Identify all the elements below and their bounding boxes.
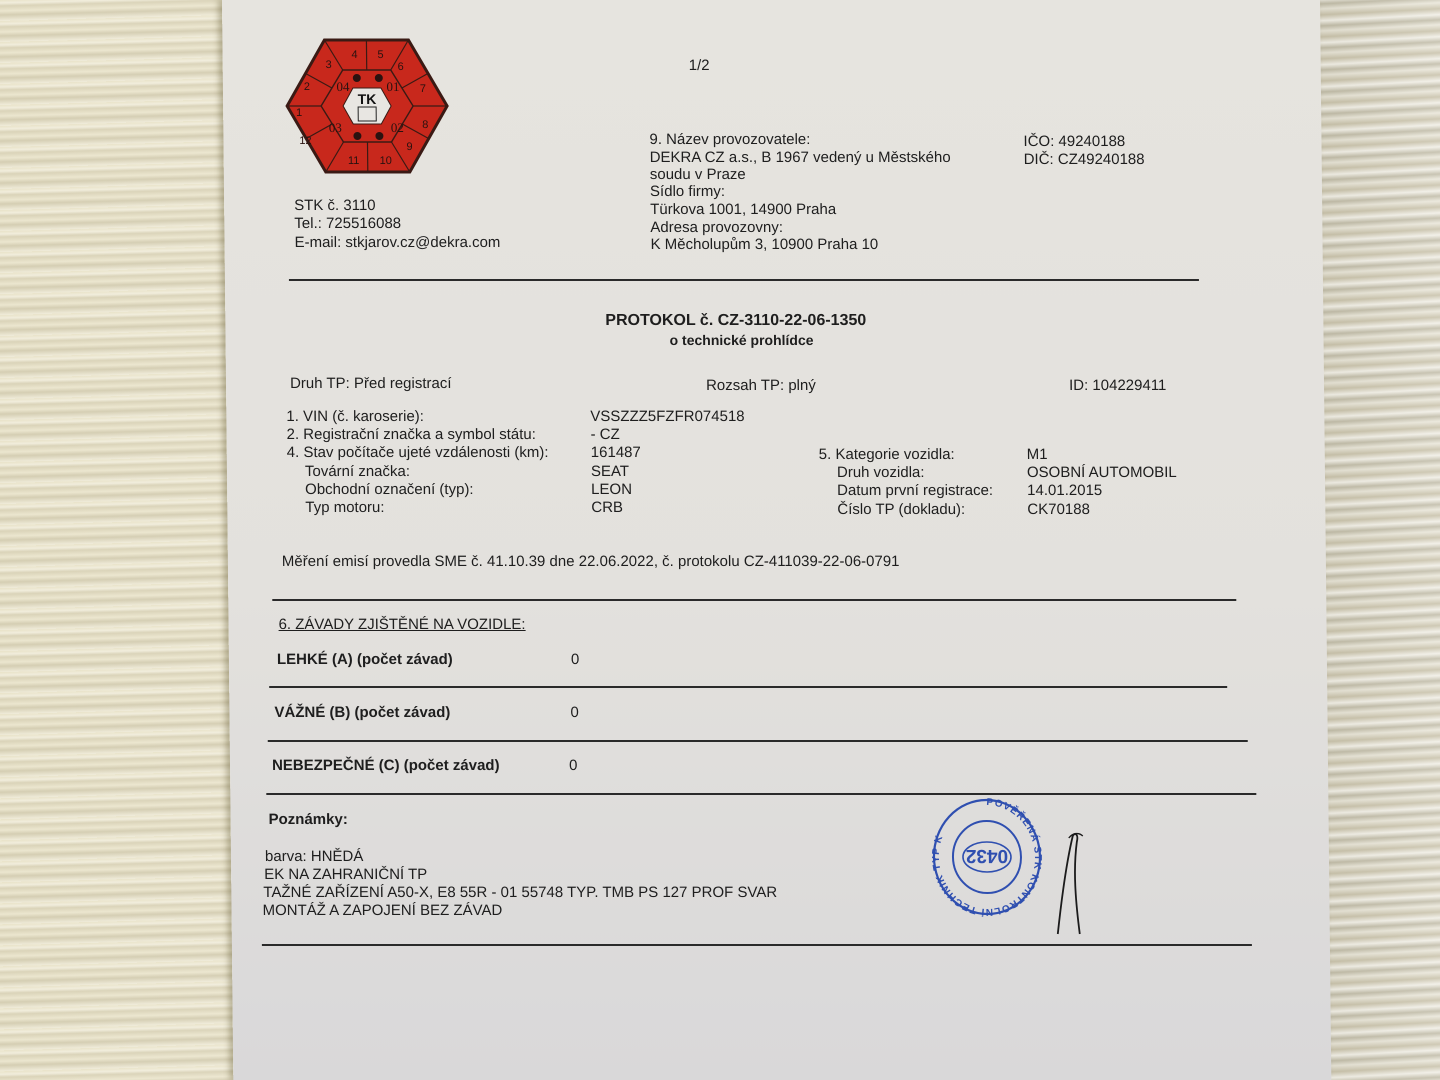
hq-label: Sídlo firmy: (650, 183, 725, 201)
vehicle-field-value: LEON (591, 481, 632, 499)
vehicle-field-label: 1. VIN (č. karoserie): (286, 408, 424, 426)
protocol-subtitle: o technické prohlídce (669, 332, 813, 348)
operator-name-line2: soudu v Praze (650, 166, 746, 184)
signature-icon (1049, 830, 1090, 938)
vehicle-field-label: Datum první registrace: (837, 482, 993, 500)
page-number: 1/2 (689, 57, 710, 75)
vehicle-field-value: - CZ (590, 426, 619, 444)
inspection-protocol-page: 1/2 45 67 89 1011 121 23 04 01 02 03 TK (222, 0, 1331, 1080)
vehicle-field-label: 4. Stav počítače ujeté vzdálenosti (km): (287, 444, 549, 462)
notes-heading: Poznámky: (268, 811, 347, 829)
vehicle-field-label: 5. Kategorie vozidla: (819, 446, 955, 464)
svg-text:04: 04 (336, 79, 350, 94)
vehicle-field-value: OSOBNÍ AUTOMOBIL (1027, 464, 1177, 482)
inspection-type: Druh TP: Před registrací (290, 375, 452, 393)
svg-text:03: 03 (329, 120, 342, 135)
defect-divider (268, 740, 1248, 742)
header-divider (289, 279, 1199, 281)
svg-text:0432: 0432 (966, 845, 1008, 866)
operator-name-line1: DEKRA CZ a.s., B 1967 vedený u Městského (650, 149, 951, 167)
vehicle-field-value: CK70188 (1027, 501, 1090, 519)
svg-text:7: 7 (420, 83, 426, 95)
svg-text:10: 10 (379, 155, 391, 167)
stk-number: STK č. 3110 (294, 197, 376, 215)
vehicle-field-value: VSSZZZ5FZFR074518 (590, 408, 744, 426)
defect-light-count: 0 (571, 651, 580, 669)
svg-text:8: 8 (422, 119, 428, 131)
emissions-measurement: Měření emisí provedla SME č. 41.10.39 dn… (282, 553, 900, 571)
svg-text:2: 2 (304, 81, 310, 93)
branch-label: Adresa provozovny: (650, 219, 783, 237)
svg-text:01: 01 (386, 79, 399, 94)
svg-text:1: 1 (296, 107, 302, 119)
svg-text:TK: TK (358, 91, 377, 107)
note-line: EK NA ZAHRANIČNÍ TP (264, 866, 427, 884)
svg-text:6: 6 (398, 61, 404, 73)
svg-text:11: 11 (348, 155, 360, 167)
operator-label: 9. Název provozovatele: (649, 131, 810, 149)
note-line: barva: HNĚDÁ (265, 848, 364, 866)
branch-address: K Měcholupům 3, 10900 Praha 10 (650, 236, 878, 254)
official-stamp-icon: POVĚŘENÁ STK KONTROLNÍ TECHNIK TYP K 043… (930, 795, 1043, 917)
inspection-scope: Rozsah TP: plný (706, 377, 816, 395)
svg-text:02: 02 (391, 120, 404, 135)
defect-divider (269, 686, 1227, 688)
ico: IČO: 49240188 (1023, 133, 1125, 151)
protocol-title: PROTOKOL č. CZ-3110-22-06-1350 (605, 312, 866, 330)
tk-inspection-logo-icon: 45 67 89 1011 121 23 04 01 02 03 TK (284, 36, 449, 176)
svg-text:3: 3 (326, 59, 332, 71)
dic: DIČ: CZ49240188 (1024, 151, 1145, 169)
svg-text:4: 4 (351, 49, 357, 61)
station-email: E-mail: stkjarov.cz@dekra.com (294, 234, 500, 252)
defect-divider (266, 793, 1256, 795)
vehicle-field-value: 14.01.2015 (1027, 482, 1102, 500)
defect-dangerous-count: 0 (569, 757, 578, 775)
defect-serious-count: 0 (570, 704, 579, 722)
defect-dangerous-label: NEBEZPEČNÉ (C) (počet závad) (272, 757, 500, 775)
vehicle-field-value: CRB (591, 499, 623, 517)
hq-address: Türkova 1001, 14900 Praha (650, 201, 836, 219)
vehicle-field-value: 161487 (591, 444, 641, 462)
defects-heading: 6. ZÁVADY ZJIŠTĚNÉ NA VOZIDLE: (278, 616, 525, 634)
defect-serious-label: VÁŽNÉ (B) (počet závad) (274, 704, 450, 722)
protocol-id: ID: 104229411 (1069, 377, 1167, 395)
vehicle-field-label: Číslo TP (dokladu): (837, 501, 965, 519)
note-line: TAŽNÉ ZAŘÍZENÍ A50-X, E8 55R - 01 55748 … (263, 884, 777, 902)
svg-text:5: 5 (377, 49, 383, 61)
vehicle-field-label: Tovární značka: (305, 463, 410, 481)
svg-text:9: 9 (406, 141, 412, 153)
vehicle-field-label: 2. Registrační značka a symbol státu: (286, 426, 535, 444)
notes-divider (262, 944, 1252, 946)
note-line: MONTÁŽ A ZAPOJENÍ BEZ ZÁVAD (262, 902, 502, 920)
svg-text:12: 12 (299, 135, 311, 147)
emissions-divider (272, 599, 1236, 601)
vehicle-field-value: SEAT (591, 463, 629, 481)
vehicle-field-label: Typ motoru: (305, 499, 384, 517)
vehicle-field-label: Druh vozidla: (837, 464, 925, 482)
vehicle-field-value: M1 (1027, 446, 1048, 464)
station-phone: Tel.: 725516088 (294, 215, 401, 233)
defect-light-label: LEHKÉ (A) (počet závad) (277, 651, 453, 669)
vehicle-field-label: Obchodní označení (typ): (305, 481, 474, 499)
